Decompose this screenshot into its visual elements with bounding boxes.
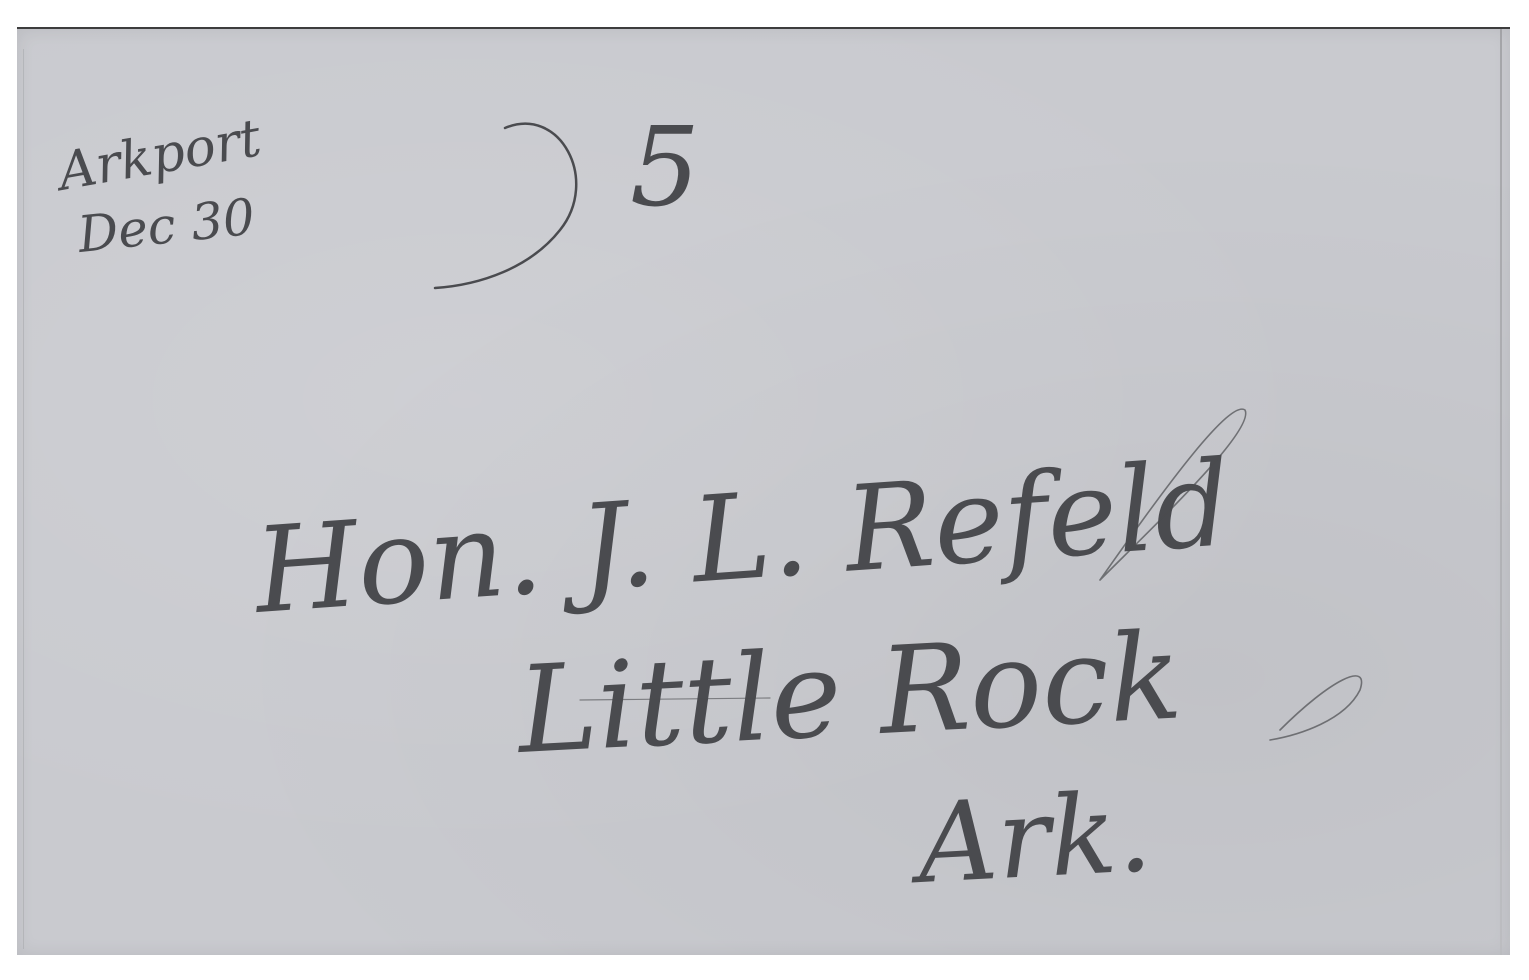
rate-marking: 5 (630, 103, 700, 231)
postmark-bracket (435, 124, 576, 288)
address-block: Hon. J. L. Refeld Little Rock Ark. (248, 409, 1361, 908)
handwriting-layer: Arkport Dec 30 5 Hon. J. L. Refeld Littl… (0, 0, 1529, 980)
address-city: Little Rock (512, 607, 1185, 781)
manuscript-postmark: Arkport Dec 30 (50, 108, 576, 288)
flourish-city (1270, 676, 1362, 740)
postage-rate: 5 (630, 103, 700, 231)
postmark-date: Dec 30 (74, 188, 257, 264)
addressee-name: Hon. J. L. Refeld (248, 434, 1234, 640)
address-state: Ark. (906, 768, 1155, 909)
